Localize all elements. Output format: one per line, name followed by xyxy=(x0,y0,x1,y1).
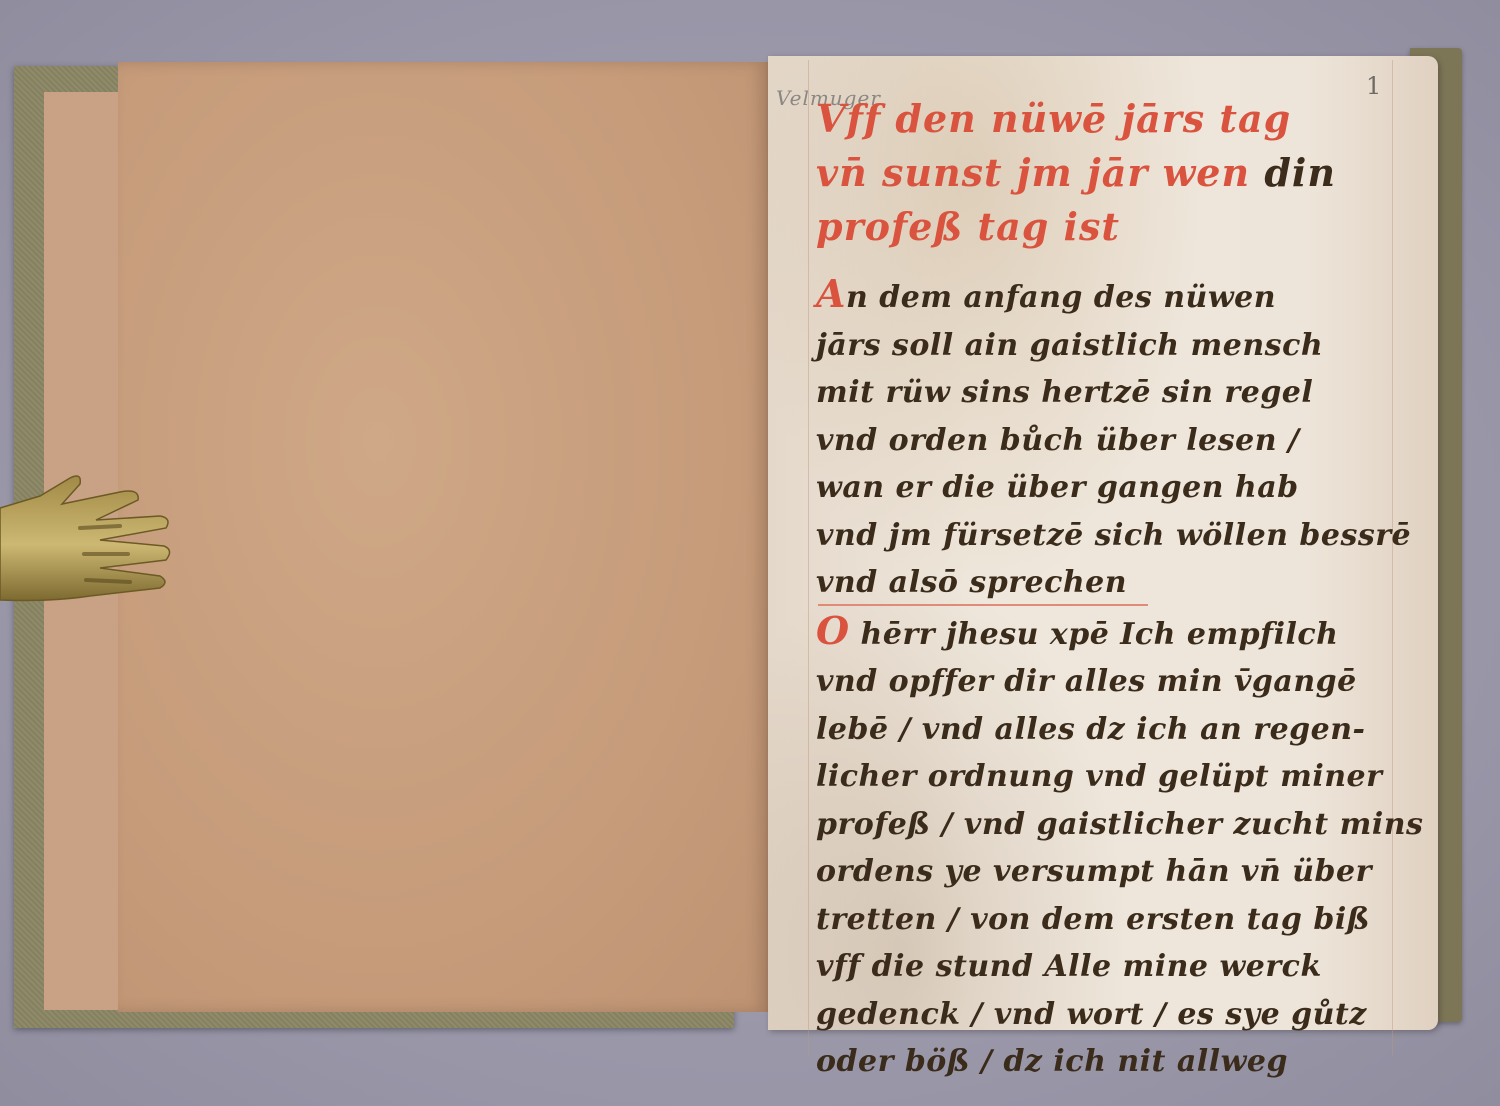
manuscript-body-text: An dem anfang des nüwen jārs soll ain ga… xyxy=(816,270,1386,1086)
ruling-line-left xyxy=(808,60,809,1056)
rubric-heading: Vff den nüwē jārs tag vn̄ sunst jm jār w… xyxy=(816,92,1376,254)
text-line: gedenck / vnd wort / es sye gůtz xyxy=(816,991,1386,1039)
text-line: vnd alsō sprechen xyxy=(816,559,1386,607)
heading-ink-word: din xyxy=(1264,150,1336,195)
text-line: vnd orden bůch über lesen / xyxy=(816,417,1386,465)
text-line: An dem anfang des nüwen xyxy=(816,270,1386,322)
text-line: ordens ye versumpt hān vn̄ über xyxy=(816,848,1386,896)
text-line: licher ordnung vnd gelüpt miner xyxy=(816,753,1386,801)
text-line: mit rüw sins hertzē sin regel xyxy=(816,369,1386,417)
brass-hand-clip-icon xyxy=(0,468,176,618)
text-line: vnd jm fürsetzē sich wöllen bessrē xyxy=(816,512,1386,560)
red-initial-A: A xyxy=(816,271,846,316)
text-line: vnd opffer dir alles min v̄gangē xyxy=(816,658,1386,706)
ruling-line-right xyxy=(1392,60,1393,1056)
heading-line-3: profeß tag ist xyxy=(816,200,1376,254)
text-line: profeß / vnd gaistlicher zucht mins xyxy=(816,801,1386,849)
red-initial-O: O xyxy=(816,608,850,653)
text-line: lebē / vnd alles dz ich an regen- xyxy=(816,706,1386,754)
text-line: tretten / von dem ersten tag biß xyxy=(816,896,1386,944)
left-flyleaf-blank xyxy=(118,62,768,1012)
text-line: O hērr jhesu xpē Ich empfilch xyxy=(816,607,1386,659)
heading-line-1: Vff den nüwē jārs tag xyxy=(816,92,1376,146)
text-line: wan er die über gangen hab xyxy=(816,464,1386,512)
text-line: jārs soll ain gaistlich mensch xyxy=(816,322,1386,370)
heading-line-2: vn̄ sunst jm jār wen din xyxy=(816,146,1376,200)
text-line: vff die stund Alle mine werck xyxy=(816,943,1386,991)
text-line: oder böß / dz ich nit allweg xyxy=(816,1038,1386,1086)
